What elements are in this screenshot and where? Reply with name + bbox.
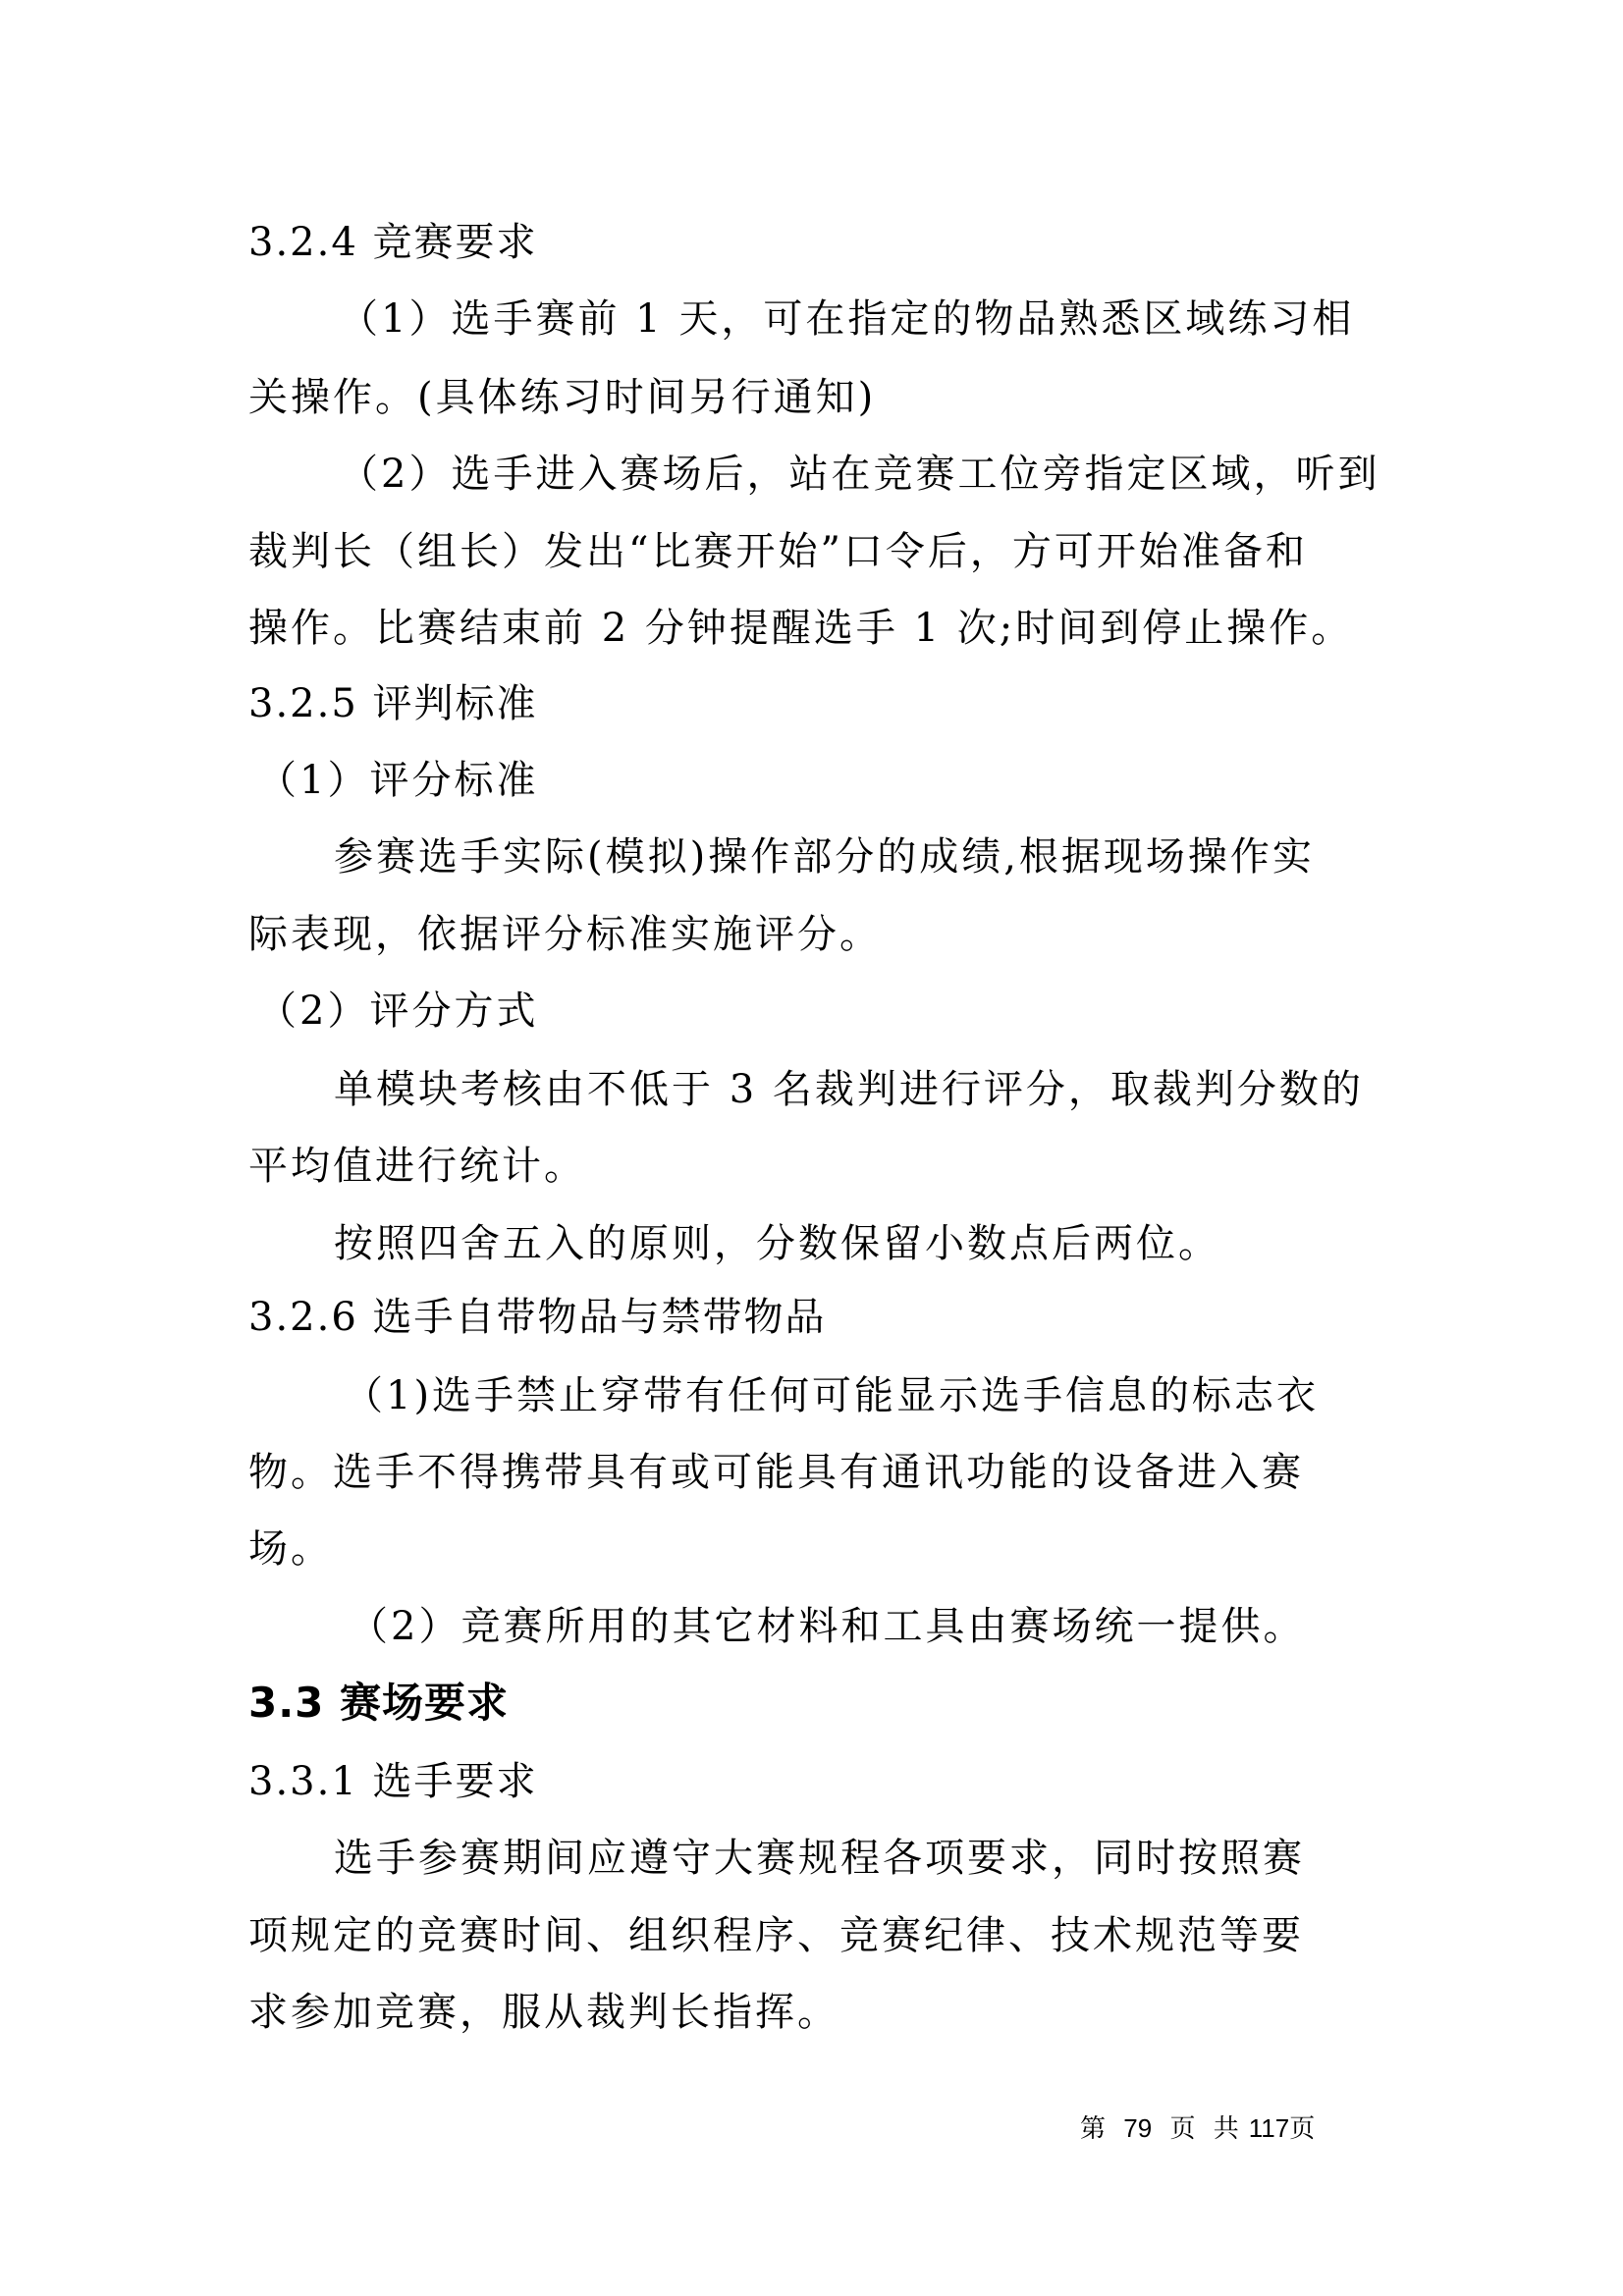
current-page-number: 79: [1123, 2113, 1152, 2143]
footer-prefix: 第: [1080, 2114, 1106, 2144]
paragraph-line: 场。: [248, 1511, 333, 1587]
page-footer: 第 79 页 共117页: [1080, 2109, 1315, 2149]
paragraph-line: （2）选手进入赛场后，站在竞赛工位旁指定区域，听到: [339, 436, 1380, 512]
paragraph-line: 物。选手不得携带具有或可能具有通讯功能的设备进入赛: [248, 1434, 1304, 1511]
footer-total-prefix: 共: [1214, 2114, 1239, 2144]
paragraph-line: 际表现，依据评分标准实施评分。: [248, 896, 882, 973]
paragraph-line: （1）评分标准: [257, 742, 538, 819]
paragraph-line: 关操作。(具体练习时间另行通知): [248, 359, 876, 436]
paragraph-line: 裁判长（组长）发出“比赛开始”口令后，方可开始准备和: [248, 513, 1308, 590]
total-pages-number: 117: [1249, 2113, 1289, 2143]
document-page: 3.2.4 竞赛要求（1）选手赛前 1 天，可在指定的物品熟悉区域练习相关操作。…: [0, 0, 1623, 2296]
paragraph-line: （2）竞赛所用的其它材料和工具由赛场统一提供。: [349, 1588, 1305, 1665]
paragraph-line: 项规定的竞赛时间、组织程序、竞赛纪律、技术规范等要: [248, 1897, 1304, 1974]
paragraph-line: 平均值进行统计。: [248, 1128, 586, 1204]
footer-page-label: 页: [1169, 2114, 1195, 2144]
paragraph-line: 参赛选手实际(模拟)操作部分的成绩,根据现场操作实: [334, 819, 1315, 895]
paragraph-line: （1)选手禁止穿带有任何可能显示选手信息的标志衣: [344, 1358, 1319, 1434]
paragraph-line: 操作。比赛结束前 2 分钟提醒选手 1 次;时间到停止操作。: [248, 590, 1353, 667]
footer-suffix: 页: [1289, 2114, 1315, 2144]
paragraph-line: 单模块考核由不低于 3 名裁判进行评分，取裁判分数的: [334, 1051, 1364, 1128]
section-heading: 3.2.4 竞赛要求: [248, 204, 538, 281]
section-heading: 3.2.6 选手自带物品与禁带物品: [248, 1279, 827, 1356]
paragraph-line: 按照四舍五入的原则，分数保留小数点后两位。: [334, 1205, 1220, 1282]
section-heading: 3.3 赛场要求: [248, 1665, 509, 1741]
paragraph-line: 选手参赛期间应遵守大赛规程各项要求，同时按照赛: [334, 1820, 1305, 1896]
paragraph-line: （1）选手赛前 1 天，可在指定的物品熟悉区域练习相: [339, 281, 1354, 357]
section-heading: 3.2.5 评判标准: [248, 666, 538, 742]
section-heading: 3.3.1 选手要求: [248, 1743, 538, 1820]
paragraph-line: 求参加竞赛，服从裁判长指挥。: [248, 1974, 839, 2051]
paragraph-line: （2）评分方式: [257, 973, 538, 1049]
